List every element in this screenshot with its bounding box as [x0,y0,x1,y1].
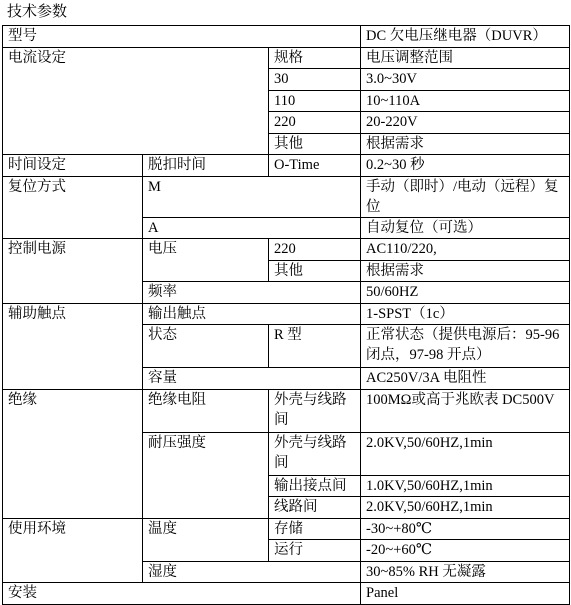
cell-installation-value: Panel [361,583,570,605]
cell-storage-label: 存储 [269,518,361,540]
cell-time-setting-label: 时间设定 [3,155,143,177]
cell-reset-a-label: A [143,217,361,239]
cell-voltage-range-label: 电压调整范围 [361,47,570,69]
cell-temperature-label: 温度 [143,518,269,561]
cell-spec-110: 110 [269,90,361,112]
cell-withstand-case-value: 2.0KV,50/60HZ,1min [361,432,570,475]
cell-line-gap-label: 线路间 [269,497,361,519]
cell-cp-other-label: 其他 [269,260,361,282]
cell-model-label: 型号 [3,26,361,48]
cell-capacity-value: AC250V/3A 电阻性 [361,368,570,390]
cell-case-line-label: 外壳与线路间 [269,389,361,432]
cell-insulation-label: 绝缘 [3,389,143,518]
cell-frequency-value: 50/60HZ [361,282,570,304]
cell-spec-other: 其他 [269,133,361,155]
cell-spec-label: 规格 [269,47,361,69]
cell-spec-30: 30 [269,69,361,91]
cell-storage-value: -30~+80℃ [361,518,570,540]
cell-line-gap-value: 2.0KV,50/60HZ,1min [361,497,570,519]
cell-cp-220-value: AC110/220, [361,239,570,261]
cell-reset-mode-label: 复位方式 [3,176,143,239]
cell-insulation-resistance-value: 100MΩ或高于兆欧表 DC500V [361,389,570,432]
cell-humidity-label: 湿度 [143,561,361,583]
cell-spec-220-value: 20-220V [361,112,570,134]
cell-cp-other-value: 根据需求 [361,260,570,282]
spec-table: 型号 DC 欠电压继电器（DUVR） 电流设定 规格 电压调整范围 30 3.0… [2,25,570,605]
cell-frequency-label: 频率 [143,282,361,304]
cell-case-line2-label: 外壳与线路间 [269,432,361,475]
cell-spec-110-value: 10~110A [361,90,570,112]
cell-reset-a-value: 自动复位（可选） [361,217,570,239]
cell-withstand-label: 耐压强度 [143,432,269,518]
cell-output-contact-value: 1-SPST（1c） [361,303,570,325]
cell-reset-m-value: 手动（即时）/电动（远程）复位 [361,176,570,217]
cell-status-label: 状态 [143,325,269,368]
cell-control-power-label: 控制电源 [3,239,143,304]
cell-trip-time-label: 脱扣时间 [143,155,269,177]
cell-output-contact-label: 输出触点 [143,303,361,325]
cell-spec-220: 220 [269,112,361,134]
cell-cp-220-label: 220 [269,239,361,261]
cell-r-type-value: 正常状态（提供电源后：95-96 闭点，97-98 开点） [361,325,570,368]
cell-operation-label: 运行 [269,540,361,562]
cell-capacity-label: 容量 [143,368,361,390]
cell-operation-value: -20~+60℃ [361,540,570,562]
cell-insulation-resistance-label: 绝缘电阻 [143,389,269,432]
page-title: 技术参数 [7,3,67,21]
cell-humidity-value: 30~85% RH 无凝露 [361,561,570,583]
cell-r-type-label: R 型 [269,325,361,368]
cell-environment-label: 使用环境 [3,518,143,583]
cell-voltage-label: 电压 [143,239,269,282]
cell-installation-label: 安装 [3,583,361,605]
cell-spec-other-value: 根据需求 [361,133,570,155]
cell-output-gap-value: 1.0KV,50/60HZ,1min [361,475,570,497]
cell-otime-label: O-Time [269,155,361,177]
cell-spec-30-value: 3.0~30V [361,69,570,91]
cell-otime-value: 0.2~30 秒 [361,155,570,177]
cell-aux-contact-label: 辅助触点 [3,303,143,389]
cell-reset-m-label: M [143,176,361,217]
cell-output-gap-label: 输出接点间 [269,475,361,497]
cell-model-value: DC 欠电压继电器（DUVR） [361,26,570,48]
cell-current-setting-label: 电流设定 [3,47,269,155]
